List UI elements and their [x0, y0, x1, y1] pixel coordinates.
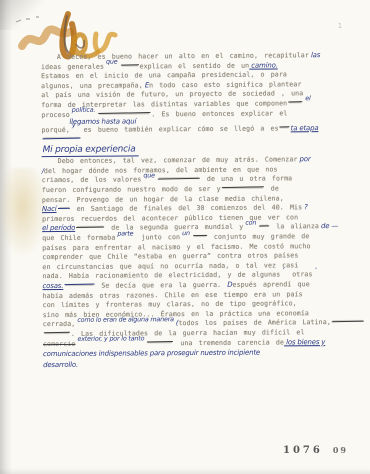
typed-text: A veces, es bueno hacer un alto en el ca…: [57, 51, 309, 61]
typed-text: de una u otra forma: [201, 175, 292, 184]
typed-text: en circunstancias que aquí no ocurría na…: [42, 261, 298, 271]
typed-text: comprender que Chile “estaba en guerra” …: [42, 251, 298, 261]
handwritten-annotation: las: [309, 51, 320, 59]
typed-text: Se decía que era la guerra.: [95, 281, 227, 290]
typed-text: algunos, una precampaña,: [41, 81, 143, 90]
handwritten-insertion: y: [72, 121, 76, 131]
handwritten-insertion: exterior, y por lo tanto: [77, 334, 144, 344]
strikethrough-mark: [194, 233, 206, 239]
strikethrough-mark: [333, 318, 363, 324]
typed-text: . Es bueno entonces explicar el: [151, 109, 287, 118]
strikethrough-mark: [121, 62, 137, 68]
strikethrough-mark: [159, 175, 199, 181]
typed-text: primeros recuerdos del acontecer público…: [42, 213, 298, 223]
strikethrough-mark: [260, 223, 268, 229]
typed-text: del hogar dónde nos formamos, del ambien…: [44, 165, 278, 175]
typed-text: porqué,: [41, 126, 70, 134]
typed-text: que Chile formaba: [42, 234, 115, 243]
handwritten-insertion: que: [143, 171, 155, 181]
typed-text: otras: [286, 271, 312, 279]
typed-text: de: [265, 184, 279, 192]
strikethrough-mark: [289, 99, 301, 105]
typed-text: es bueno también explicar cómo se llegó …: [77, 124, 278, 133]
typed-text: al país una visión de futuro, un proyect…: [41, 90, 303, 100]
typed-text: una tremenda carencia de: [174, 338, 284, 347]
strikethrough-mark: [223, 185, 263, 191]
handwritten-insertion: ’: [282, 266, 284, 276]
typed-text: países para enfrentar al nacismo y el fa…: [42, 242, 310, 252]
handwritten-annotation: ?: [302, 203, 308, 211]
strikethrough-mark: [148, 339, 172, 345]
handwritten-insertion: el: [305, 95, 310, 105]
handwritten-annotation-underlined: los bienes y: [284, 338, 325, 346]
handwritten-insertion: ’: [314, 266, 316, 276]
typed-text: había además otras razones. Chile en ese…: [43, 290, 303, 300]
strikethrough-mark: [77, 224, 103, 230]
strikethrough-mark: [281, 124, 289, 130]
handwritten-insertion: parte: [117, 229, 133, 239]
strikethrough-mark: [99, 110, 149, 116]
handwritten-annotation: por: [297, 155, 310, 163]
typed-text: junto con: [135, 233, 180, 241]
typed-text: conjunto muy grande de: [208, 232, 310, 241]
handwritten-annotation: de —: [319, 222, 338, 230]
handwritten-annotation-underlined: camino.: [249, 61, 278, 69]
handwritten-annotation-underlined: cosas.: [42, 282, 63, 290]
strikethrough-mark-blue: [65, 282, 93, 288]
handwritten-insertion: un: [182, 229, 190, 239]
typed-text: Debo entonces, tal vez, comenzar de muy …: [58, 156, 298, 166]
handwritten-annotation-underlined: ta etapa: [291, 124, 319, 132]
typed-text: cerrada,: [43, 320, 76, 328]
typed-text: la alianza: [270, 223, 319, 231]
typed-text: nada. Había racionamiento de electricida…: [42, 271, 280, 281]
page-bottom-shadow: [0, 468, 370, 474]
typed-text-struck: comercio: [43, 339, 76, 347]
typed-text: todos los países de América Latina,: [178, 318, 331, 327]
typed-text: n todo caso esto significa plantear: [149, 80, 302, 89]
typed-text: criamos, de los valores: [42, 176, 142, 185]
strikethrough-mark-blue: [43, 135, 79, 141]
handwritten-insertion: que: [106, 58, 118, 68]
text-line: desarrollo.: [43, 358, 355, 371]
typed-text: espués aprendí que: [232, 280, 309, 289]
strikethrough-mark-blue: [58, 205, 68, 211]
handwritten-annotation: comunicaciones indispensables para prose…: [43, 349, 260, 359]
typed-text: en Santiago de finales del 30 comienzos …: [70, 203, 302, 213]
handwritten-insertion: como lo eran de alguna manera: [77, 315, 174, 325]
handwritten-annotation: desarrollo.: [43, 361, 78, 369]
page-number: 1: [338, 22, 342, 30]
typed-text: Estamos en el inicio de una campaña pres…: [41, 71, 287, 81]
handwritten-heading: Mi propia experiencia: [42, 145, 139, 158]
typed-text: ideas generales: [41, 62, 104, 70]
archive-stamp: 107609: [283, 445, 348, 456]
handwritten-insertion: con: [245, 219, 256, 229]
typed-text: pensar. Provengo de un hogar de la clase…: [42, 194, 284, 204]
handwritten-insertion: política.: [72, 106, 96, 116]
typed-text: proceso: [41, 110, 70, 118]
strikethrough-mark: [45, 330, 69, 336]
stamp-number: 1076: [283, 445, 323, 456]
document-scan: 1 A veces, es bueno hacer un alto en el …: [0, 0, 370, 474]
typed-text: con límites y fronteras muy claras, no d…: [43, 299, 297, 309]
typed-text: explican el sentido de un: [139, 61, 249, 70]
text-block: A veces, es bueno hacer un alto en el ca…: [41, 51, 355, 371]
handwritten-annotation-underlined: el período: [42, 224, 75, 232]
handwritten-annotation-underlined: Nací: [42, 205, 57, 213]
stamp-suffix: 09: [333, 445, 348, 455]
typed-text: fueron configurando nuestro modo de ser …: [42, 185, 221, 194]
